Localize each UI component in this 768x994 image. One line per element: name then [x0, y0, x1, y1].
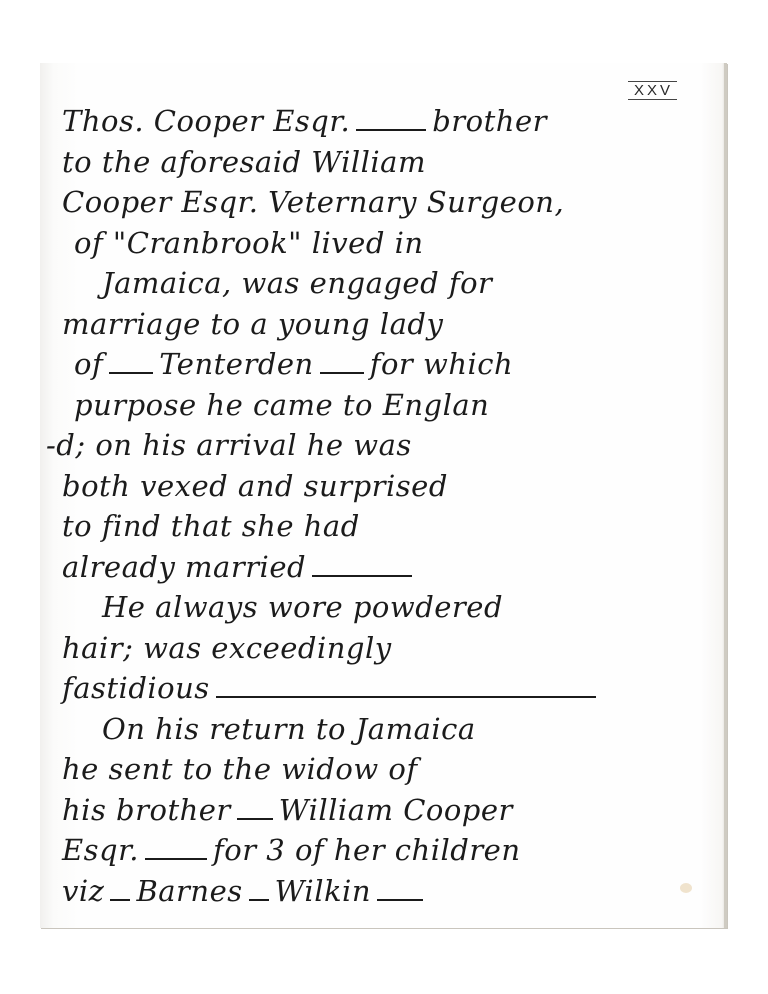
line-text: -d; on his arrival he was [46, 428, 412, 462]
underscore-dash [109, 372, 153, 374]
line-text: fastidious [62, 671, 210, 705]
line-text: purpose he came to Englan [74, 388, 489, 422]
line-text-after: for 3 of her children [213, 833, 521, 867]
underscore-dash [312, 575, 412, 577]
line-text: to the aforesaid William [62, 145, 426, 179]
text-line: Esqr.for 3 of her children [62, 830, 712, 871]
scan-canvas: XXV Thos. Cooper Esqr.brother to the afo… [0, 0, 768, 994]
underscore-dash [377, 899, 423, 901]
line-text: hair; was exceedingly [62, 631, 392, 665]
underscore-dash [237, 818, 273, 820]
underscore-dash [320, 372, 364, 374]
line-text-mid2: Wilkin [275, 874, 371, 908]
line-text-after: brother [432, 104, 547, 138]
text-line: He always wore powdered [62, 587, 712, 628]
underscore-dash [110, 899, 130, 901]
line-text-after: for which [370, 347, 513, 381]
line-text: Esqr. [62, 833, 139, 867]
manuscript-page: XXV Thos. Cooper Esqr.brother to the afo… [40, 63, 727, 928]
handwritten-text-block: Thos. Cooper Esqr.brother to the aforesa… [62, 101, 712, 911]
line-text-mid: William Cooper [279, 793, 513, 827]
text-line: his brotherWilliam Cooper [62, 790, 712, 831]
text-line: both vexed and surprised [62, 466, 712, 507]
text-line: Jamaica, was engaged for [62, 263, 712, 304]
line-text: He always wore powdered [102, 590, 503, 624]
text-line: he sent to the widow of [62, 749, 712, 790]
paper-stain [680, 883, 692, 893]
line-text-mid: Barnes [136, 874, 242, 908]
text-line: to find that she had [62, 506, 712, 547]
line-text: he sent to the widow of [62, 752, 418, 786]
text-line: -d; on his arrival he was [46, 425, 712, 466]
text-line: to the aforesaid William [62, 142, 712, 183]
page-number: XXV [628, 81, 677, 100]
underscore-dash [249, 899, 269, 901]
line-text: Thos. Cooper Esqr. [62, 104, 350, 138]
text-line: marriage to a young lady [62, 304, 712, 345]
underscore-dash [145, 858, 207, 860]
text-line: of "Cranbrook" lived in [62, 223, 712, 264]
text-line: fastidious [62, 668, 712, 709]
line-text: of "Cranbrook" lived in [74, 226, 424, 260]
line-text: to find that she had [62, 509, 360, 543]
line-text: of [74, 347, 103, 381]
text-line: purpose he came to Englan [62, 385, 712, 426]
line-text: both vexed and surprised [62, 469, 448, 503]
text-line: On his return to Jamaica [62, 709, 712, 750]
line-text-mid: Tenterden [159, 347, 314, 381]
line-text: his brother [62, 793, 231, 827]
text-line: vizBarnesWilkin [62, 871, 712, 912]
underscore-dash [356, 129, 426, 131]
text-line: Thos. Cooper Esqr.brother [62, 101, 712, 142]
text-line: Cooper Esqr. Veternary Surgeon, [62, 182, 712, 223]
text-line: already married [62, 547, 712, 588]
line-text: viz [62, 874, 104, 908]
text-line: ofTenterdenfor which [62, 344, 712, 385]
line-text: already married [62, 550, 306, 584]
line-text: Jamaica, was engaged for [102, 266, 492, 300]
line-text: Cooper Esqr. Veternary Surgeon, [62, 185, 564, 219]
underscore-dash [216, 696, 596, 698]
line-text: marriage to a young lady [62, 307, 443, 341]
line-text: On his return to Jamaica [102, 712, 476, 746]
text-line: hair; was exceedingly [62, 628, 712, 669]
